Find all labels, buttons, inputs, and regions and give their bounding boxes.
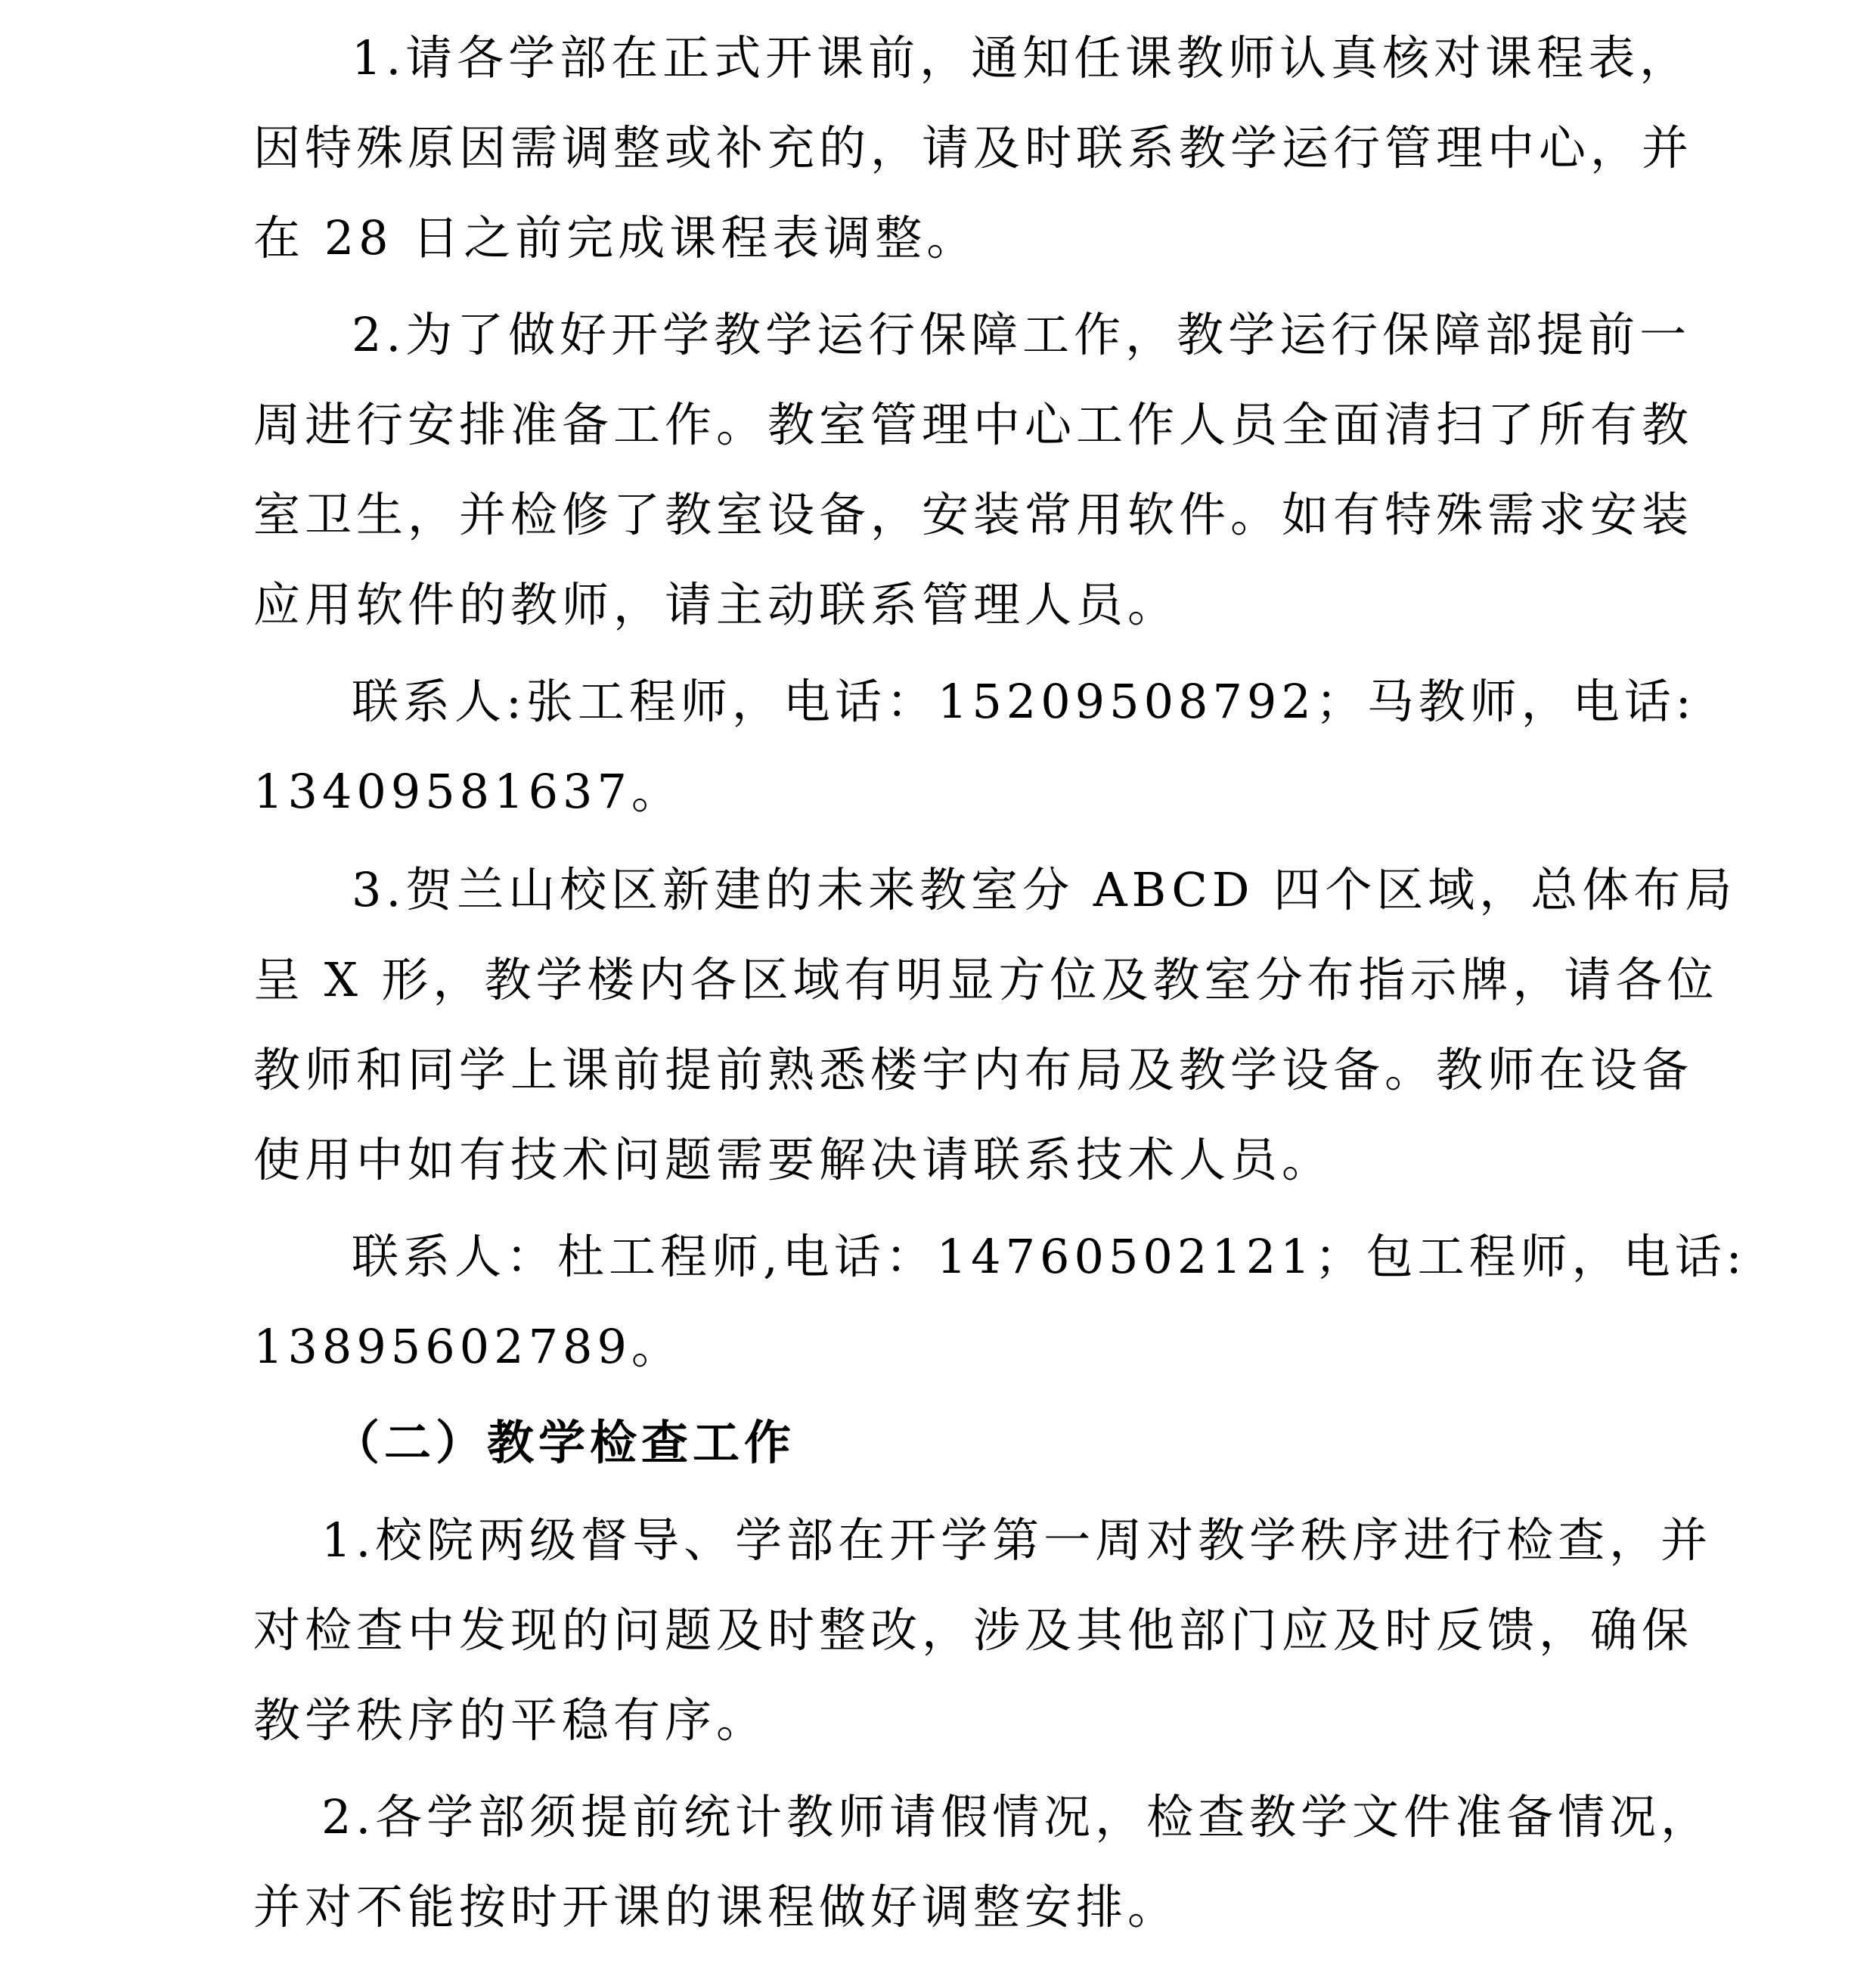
paragraph-line: 教师和同学上课前提前熟悉楼宇内布局及教学设备。教师在设备 — [253, 1040, 1693, 1100]
section-heading: （二）教学检查工作 — [333, 1413, 795, 1473]
paragraph-line: 室卫生，并检修了教室设备，安装常用软件。如有特殊需求安装 — [253, 485, 1693, 545]
paragraph-line: 因特殊原因需调整或补充的，请及时联系教学运行管理中心，并 — [253, 118, 1693, 178]
paragraph-line: 教学秩序的平稳有序。 — [253, 1690, 767, 1751]
paragraph-line: 周进行安排准备工作。教室管理中心工作人员全面清扫了所有教 — [253, 395, 1693, 455]
contact-line: 13895602789。 — [253, 1317, 683, 1377]
contact-line: 13409581637。 — [253, 762, 683, 822]
document-page: 1.请各学部在正式开课前，通知任课教师认真核对课程表， 因特殊原因需调整或补充的… — [0, 0, 1876, 1967]
paragraph-line: 呈 X 形，教学楼内各区域有明显方位及教室分布指示牌，请各位 — [253, 950, 1719, 1010]
paragraph-line: 2.为了做好开学教学运行保障工作，教学运行保障部提前一 — [352, 305, 1691, 365]
paragraph-line: 并对不能按时开课的课程做好调整安排。 — [253, 1877, 1179, 1938]
contact-line: 联系人:张工程师，电话：15209508792；马教师，电话: — [352, 672, 1696, 732]
paragraph-line: 应用软件的教师，请主动联系管理人员。 — [253, 575, 1179, 635]
paragraph-line: 3.贺兰山校区新建的未来教室分 ABCD 四个区域，总体布局 — [352, 860, 1736, 920]
paragraph-line: 1.请各学部在正式开课前，通知任课教师认真核对课程表， — [352, 28, 1691, 88]
paragraph-line: 2.各学部须提前统计教师请假情况，检查教学文件准备情况， — [321, 1787, 1712, 1848]
paragraph-line: 在 28 日之前完成课程表调整。 — [253, 208, 978, 268]
paragraph-line: 使用中如有技术问题需要解决请联系技术人员。 — [253, 1130, 1333, 1190]
contact-line: 联系人：杜工程师,电话：14760502121；包工程师，电话: — [352, 1227, 1747, 1287]
paragraph-line: 对检查中发现的问题及时整改，涉及其他部门应及时反馈，确保 — [253, 1600, 1693, 1661]
paragraph-line: 1.校院两级督导、学部在开学第一周对教学秩序进行检查，并 — [321, 1510, 1712, 1571]
